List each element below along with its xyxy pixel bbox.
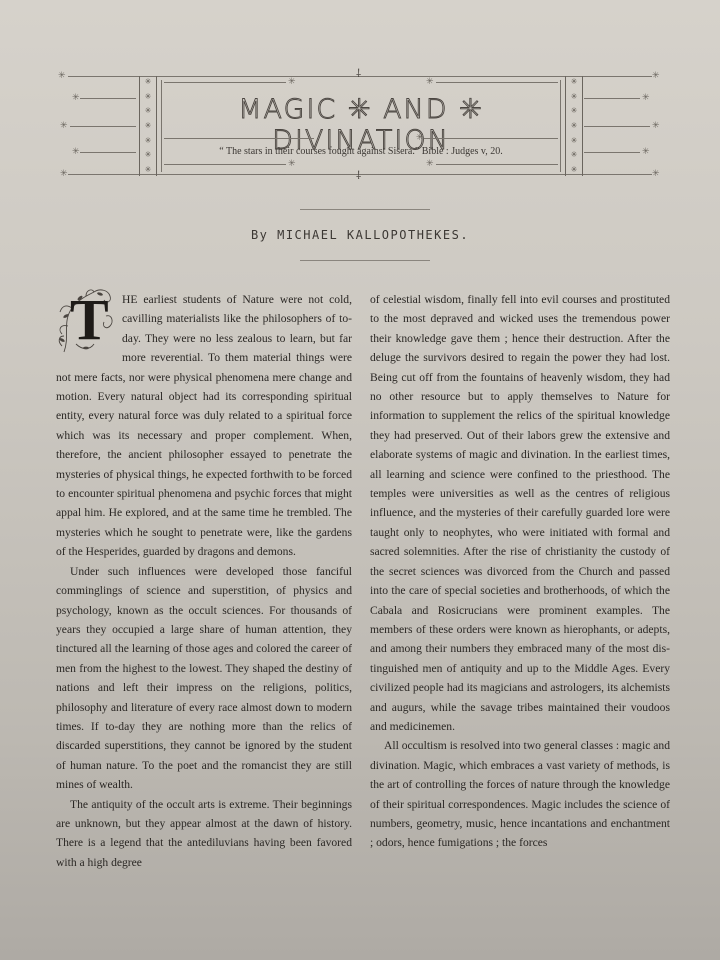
illuminated-dropcap: T: [56, 286, 118, 358]
ornament-rule: [164, 138, 314, 139]
epigraph: “ The stars in their courses fought agai…: [162, 146, 560, 157]
star-icon: ✳: [60, 170, 68, 179]
star-icon: ✳: [288, 78, 296, 87]
star-icon: ✳: [426, 160, 434, 169]
paragraph: T HE earliest students of Nature were no…: [56, 290, 352, 562]
dropcap-letter: T: [70, 290, 109, 350]
ornament-rule: [584, 126, 650, 127]
star-icon: ✳: [72, 94, 80, 103]
ornament-rule: [80, 152, 136, 153]
byline-rule-bottom: [300, 260, 430, 261]
star-icon: ✳: [72, 148, 80, 157]
byline-rule-top: [300, 209, 430, 210]
left-column: T HE earliest students of Nature were no…: [56, 290, 352, 872]
star-icon: ✳: [652, 170, 660, 179]
ornament-rule: [584, 98, 640, 99]
star-icon: ✳: [288, 160, 296, 169]
star-icon: ✳: [652, 72, 660, 81]
star-icon: ✳: [652, 122, 660, 131]
ornament-rule: [164, 164, 286, 165]
magazine-page: ✳ ✳ ✳ ✳ ✳ ✳ ✳ ✳ ✳ ✳ ⸸ ⸸ ✳✳✳✳✳✳✳ ✳✳✳✳✳✳✳ …: [0, 0, 720, 960]
star-icon: ✳: [642, 94, 650, 103]
title-ornament-banner: ✳ ✳ ✳ ✳ ✳ ✳ ✳ ✳ ✳ ✳ ⸸ ⸸ ✳✳✳✳✳✳✳ ✳✳✳✳✳✳✳ …: [60, 66, 660, 184]
star-icon: ✳: [426, 78, 434, 87]
ornament-rule: [70, 126, 136, 127]
ornament-rule: [80, 98, 136, 99]
paragraph: All occultism is resolved into two gener…: [370, 736, 670, 852]
ornament-rule: [584, 152, 640, 153]
title-frame: ✳ ✳ MAGIC ✳ AND ✳ DIVINATION ✳ “ The sta…: [161, 80, 561, 172]
byline: By MICHAEL KALLOPOTHEKES.: [0, 228, 720, 242]
right-column: of celestial wisdom, finally fell into e…: [370, 290, 670, 853]
left-ornamental-pillar: ✳✳✳✳✳✳✳: [139, 76, 157, 176]
star-icon: ✳: [60, 122, 68, 131]
ornament-rule: [424, 138, 558, 139]
star-icon: ✳: [416, 134, 424, 143]
star-icon: ✳: [642, 148, 650, 157]
ornament-rule: [436, 164, 558, 165]
paragraph: The antiquity of the occult arts is extr…: [56, 795, 352, 873]
ornament-rule: [164, 82, 286, 83]
fleuron-top-icon: ⸸: [356, 66, 361, 81]
paragraph: of celestial wisdom, finally fell into e…: [370, 290, 670, 736]
star-icon: ✳: [58, 72, 66, 81]
paragraph: Under such influences were developed tho…: [56, 562, 352, 795]
ornament-rule: [436, 82, 558, 83]
right-ornamental-pillar: ✳✳✳✳✳✳✳: [565, 76, 583, 176]
